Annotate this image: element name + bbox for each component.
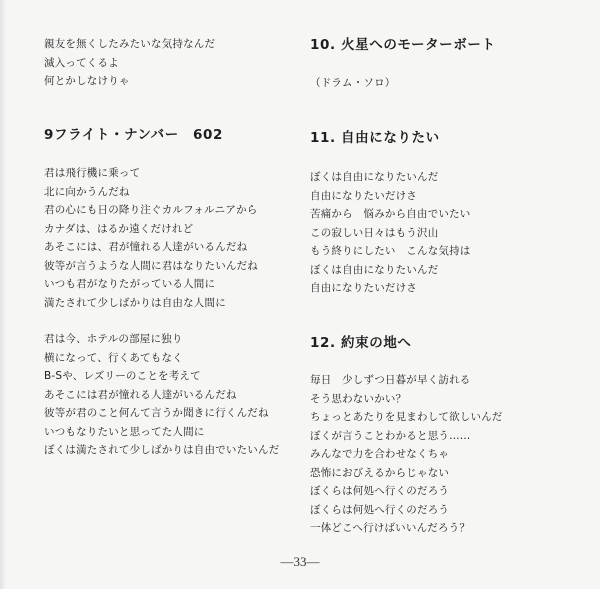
- lyric-line: 何とかしなけりゃ: [44, 72, 215, 91]
- lyric-line: ぼくは自由になりたいんだ: [310, 261, 471, 280]
- lyric-line: ぼくは満たされて少しばかりは自由でいたいんだ: [44, 441, 279, 460]
- lyric-line: いつもなりたいと思ってた人間に: [44, 423, 279, 442]
- lyric-line: 彼等が言うような人間に君はなりたいんだね: [44, 257, 258, 276]
- song-title-11: 11. 自由になりたい: [310, 128, 440, 148]
- lyric-line: 満たされて少しばかりは自由な人間に: [44, 294, 258, 313]
- song-title-12: 12. 約束の地へ: [310, 333, 412, 353]
- lyric-line: B-Sや、レズリーのことを考えて: [44, 367, 279, 386]
- lyric-line: 自由になりたいだけさ: [310, 279, 471, 298]
- scan-shadow-edge: [0, 0, 6, 589]
- lyric-line: 横になって、行くあてもなく: [44, 349, 279, 368]
- page-number: —33—: [0, 554, 600, 570]
- lyric-line: 君は飛行機に乗って: [44, 164, 258, 183]
- lyric-line: いつも君がなりたがっている人間に: [44, 275, 258, 294]
- song9-verse1: 君は飛行機に乗って 北に向かうんだね 君の心にも日の降り注ぐカルフォルニアから …: [44, 164, 258, 312]
- song-title-9: 9フライト・ナンバー 602: [44, 125, 223, 145]
- song9-verse2: 君は今、ホテルの部屋に独り 横になって、行くあてもなく B-Sや、レズリーのこと…: [44, 330, 279, 460]
- song10-note: （ドラム・ソロ）: [310, 74, 396, 93]
- song12-lyrics: 毎日 少しずつ日暮が早く訪れる そう思わないかい？ ちょっとあたりを見まわして欲…: [310, 371, 503, 538]
- lyric-line: 一体どこへ行けばいいんだろう？: [310, 519, 503, 538]
- lyric-line: 君は今、ホテルの部屋に独り: [44, 330, 279, 349]
- lyric-line: 北に向かうんだね: [44, 183, 258, 202]
- lyric-line: そう思わないかい？: [310, 390, 503, 409]
- lyric-line: ちょっとあたりを見まわして欲しいんだ: [310, 408, 503, 427]
- lyric-line: ぼくらは何処へ行くのだろう: [310, 482, 503, 501]
- lyric-line: ぼくは自由になりたいんだ: [310, 168, 471, 187]
- lyric-line: 自由になりたいだけさ: [310, 187, 471, 206]
- lyric-line: 苦痛から 悩みから自由でいたい: [310, 205, 471, 224]
- lyric-line: 親友を無くしたみたいな気持なんだ: [44, 35, 215, 54]
- song11-lyrics: ぼくは自由になりたいんだ 自由になりたいだけさ 苦痛から 悩みから自由でいたい …: [310, 168, 471, 298]
- lyric-line: もう終りにしたい こんな気持は: [310, 242, 471, 261]
- lyric-line: みんなで力を合わせなくちゃ: [310, 445, 503, 464]
- lyric-line: ぼくらは何処へ行くのだろう: [310, 501, 503, 520]
- lyric-line: 君の心にも日の降り注ぐカルフォルニアから: [44, 201, 258, 220]
- lyric-line: 滅入ってくるよ: [44, 54, 215, 73]
- lyric-line: 毎日 少しずつ日暮が早く訪れる: [310, 371, 503, 390]
- lyric-line: あそこには、君が憧れる人達がいるんだね: [44, 238, 258, 257]
- lyric-line: ぼくが言うことわかると思う……: [310, 427, 503, 446]
- lyric-line: あそこには君が憧れる人達がいるんだね: [44, 386, 279, 405]
- lyric-line: 彼等が君のこと何んて言うか聞きに行くんだね: [44, 404, 279, 423]
- lyric-line: この寂しい日々はもう沢山: [310, 224, 471, 243]
- lyric-line: 恐怖におびえるからじゃない: [310, 464, 503, 483]
- intro-lyrics: 親友を無くしたみたいな気持なんだ 滅入ってくるよ 何とかしなけりゃ: [44, 35, 215, 91]
- song-title-10: 10. 火星へのモーターボート: [310, 35, 496, 55]
- lyric-line: カナダは、はるか遠くだけれど: [44, 220, 258, 239]
